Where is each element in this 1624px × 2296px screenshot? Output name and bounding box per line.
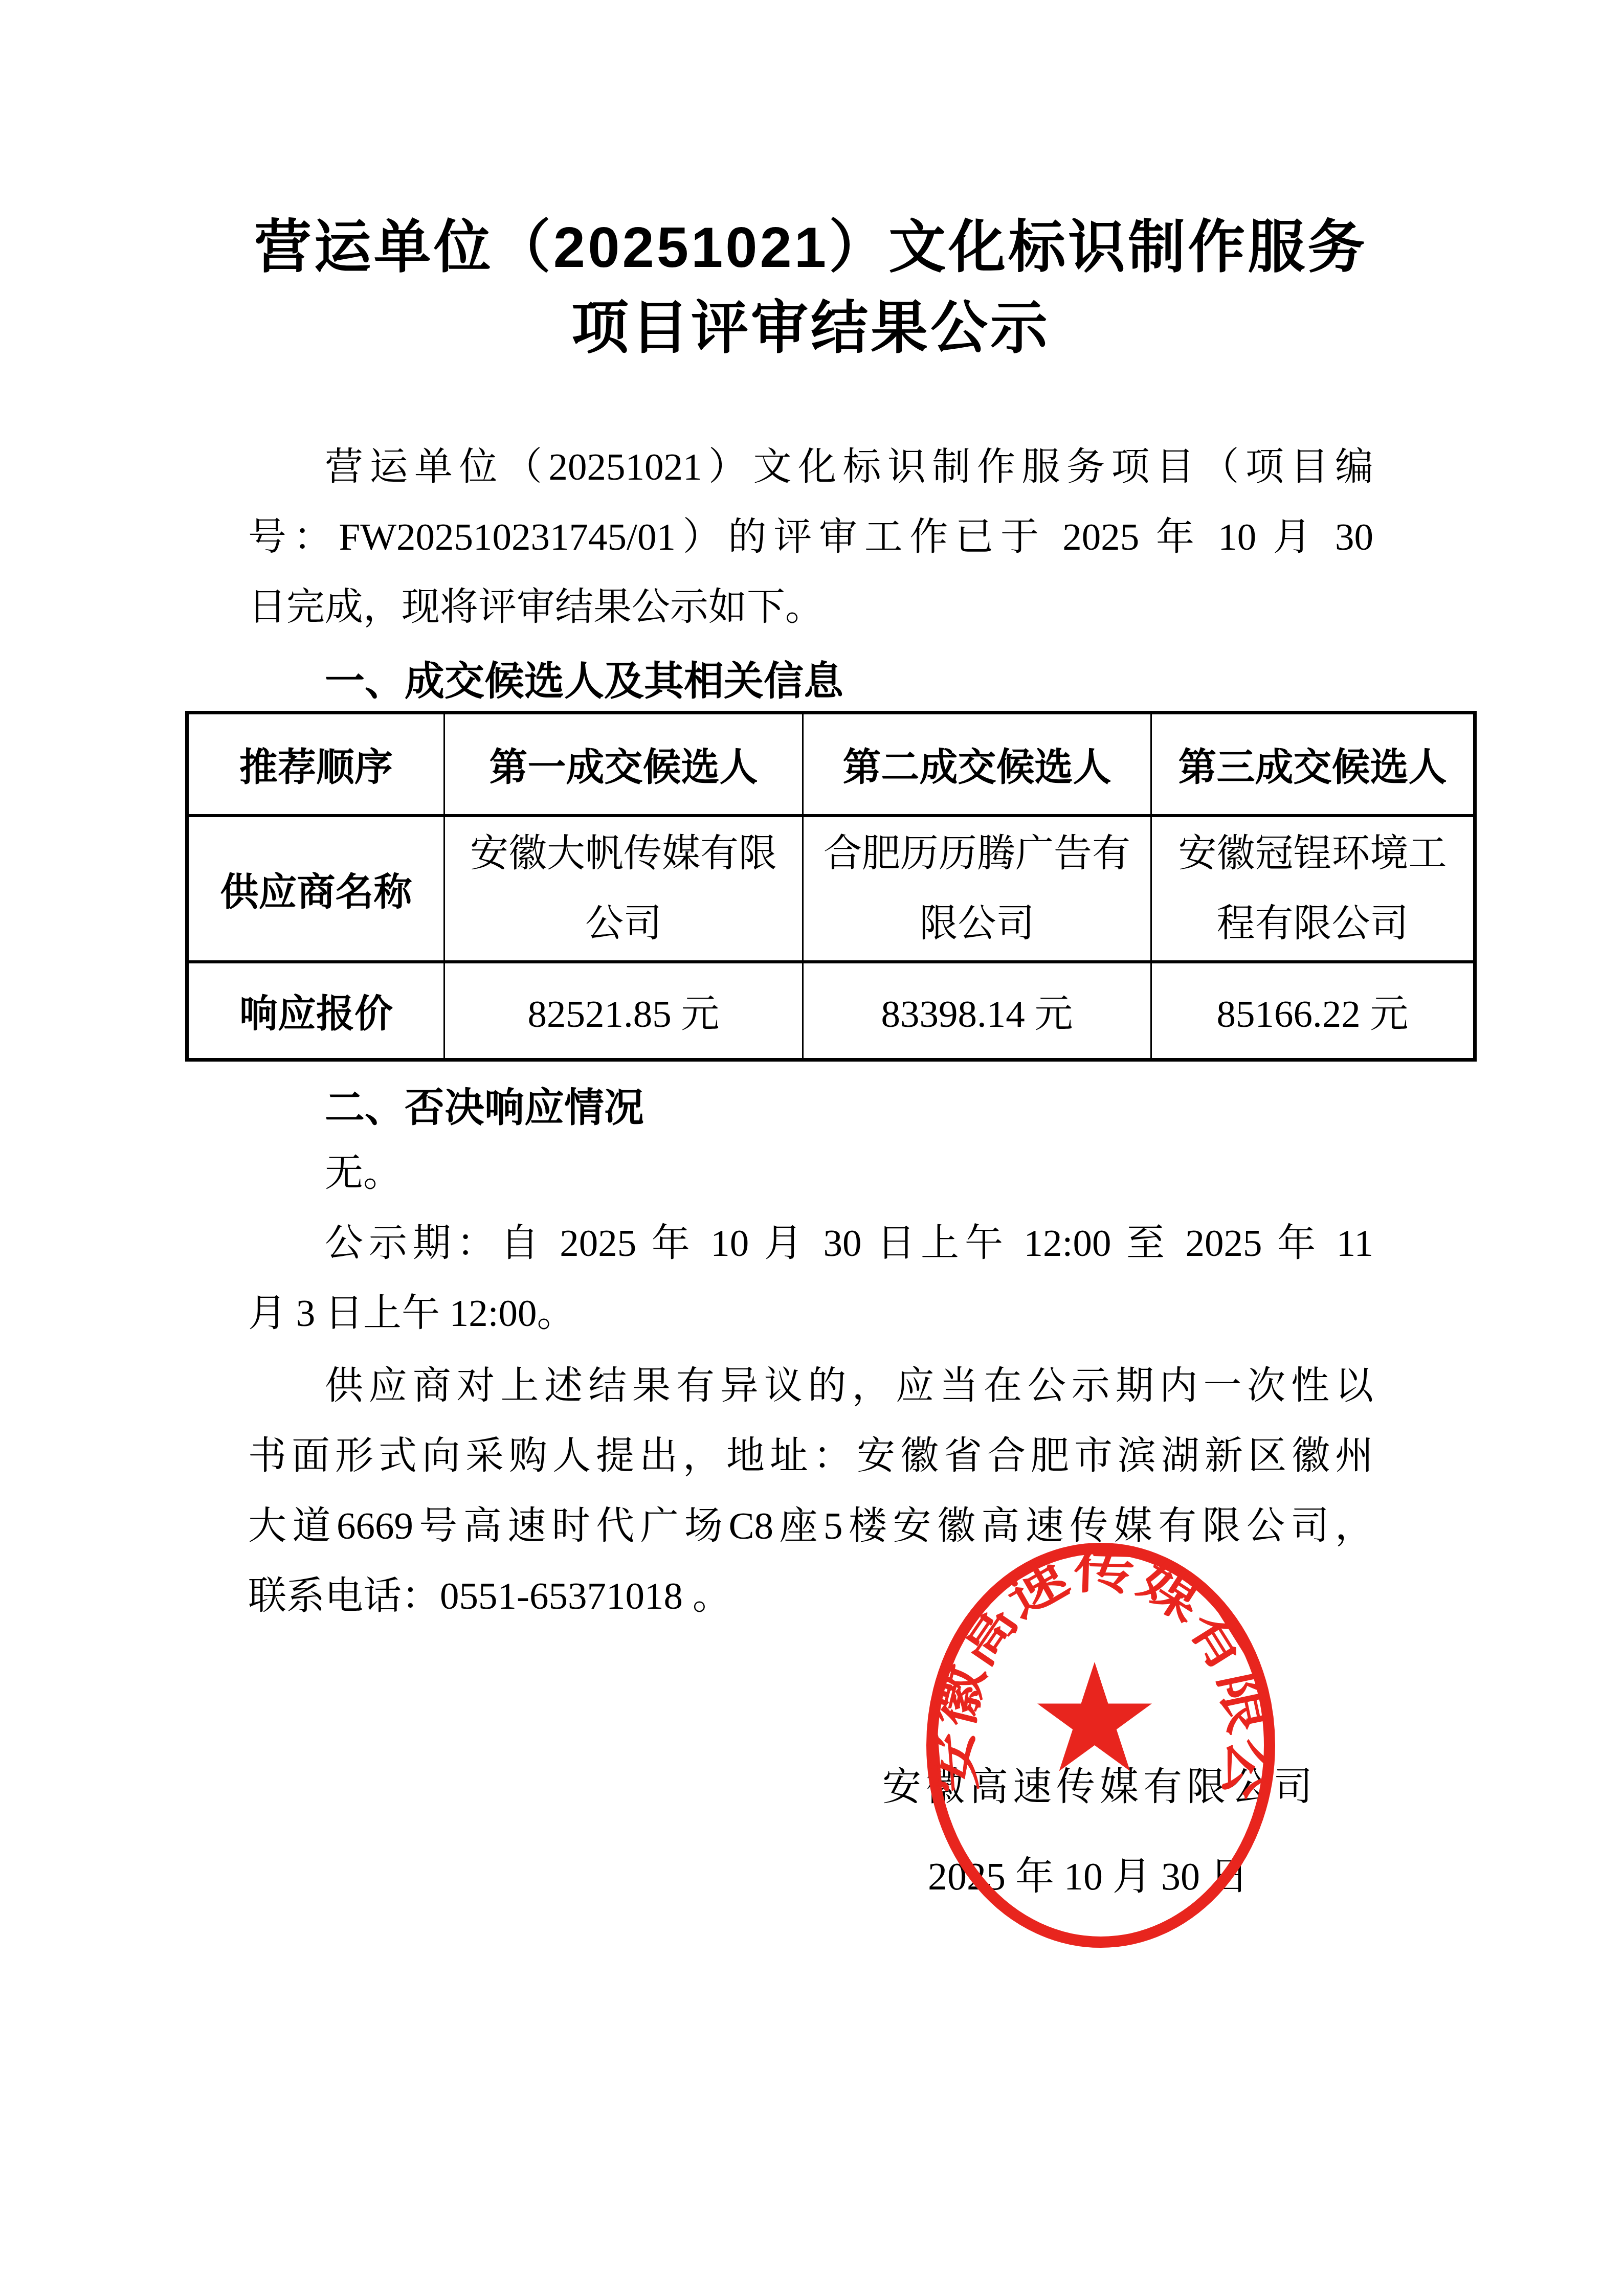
supplier-name-line: 限公司 [804,889,1150,959]
col-header-candidate-1: 第一成交候选人 [444,713,803,816]
table-header-row: 推荐顺序 第一成交候选人 第二成交候选人 第三成交候选人 [187,713,1475,816]
col-header-candidate-3: 第三成交候选人 [1151,713,1475,816]
section2-heading: 二、否决响应情况 [248,1082,1373,1133]
document-page: 营运单位（20251021）文化标识制作服务 项目评审结果公示 营运单位（202… [0,0,1624,2296]
paragraph-line: 月 3 日上午 12:00。 [248,1278,1373,1348]
col-header-rank: 推荐顺序 [187,713,444,816]
objection-paragraph: 供应商对上述结果有异议的，应当在公示期内一次性以 书面形式向采购人提出，地址：安… [248,1351,1373,1631]
price-cell-1: 82521.85 元 [444,962,803,1060]
signature-date: 2025 年 10 月 30 日 [248,1842,1373,1912]
paragraph-line: 书面形式向采购人提出，地址：安徽省合肥市滨湖新区徽州 [248,1421,1373,1491]
price-cell-2: 83398.14 元 [803,962,1151,1060]
supplier-name-line: 安徽大帆传媒有限 [445,819,802,889]
col-header-candidate-2: 第二成交候选人 [803,713,1151,816]
price-cell-3: 85166.22 元 [1151,962,1475,1060]
price-row: 响应报价 82521.85 元 83398.14 元 85166.22 元 [187,962,1475,1060]
supplier-name-line: 合肥历历腾广告有 [804,819,1150,889]
reject-none-text: 无。 [248,1138,1373,1208]
paragraph-line: 供应商对上述结果有异议的，应当在公示期内一次性以 [248,1351,1373,1421]
row-label-price: 响应报价 [187,962,444,1060]
supplier-cell-3: 安徽冠锃环境工 程有限公司 [1151,816,1475,962]
paragraph-line: 大道6669号高速时代广场C8座5楼安徽高速传媒有限公司， [248,1491,1373,1561]
supplier-name-line: 程有限公司 [1152,889,1473,959]
row-label-supplier: 供应商名称 [187,816,444,962]
title-line-1: 营运单位（20251021）文化标识制作服务 [248,207,1373,288]
supplier-name-line: 公司 [445,889,802,959]
supplier-cell-2: 合肥历历腾广告有 限公司 [803,816,1151,962]
supplier-name-line: 安徽冠锃环境工 [1152,819,1473,889]
signature-company: 安徽高速传媒有限公司 [248,1752,1373,1822]
publicity-period-paragraph: 公示期：自 2025 年 10 月 30 日上午 12:00 至 2025 年 … [248,1208,1373,1348]
supplier-name-row: 供应商名称 安徽大帆传媒有限 公司 合肥历历腾广告有 限公司 安徽冠锃环境工 程… [187,816,1475,962]
supplier-cell-1: 安徽大帆传媒有限 公司 [444,816,803,962]
title-line-2: 项目评审结果公示 [248,288,1373,369]
paragraph-line: 营运单位（20251021）文化标识制作服务项目（项目编 [248,432,1373,502]
candidates-table: 推荐顺序 第一成交候选人 第二成交候选人 第三成交候选人 供应商名称 安徽大帆传… [185,711,1477,1062]
intro-paragraph: 营运单位（20251021）文化标识制作服务项目（项目编 号：FW2025102… [248,432,1373,642]
paragraph-line: 联系电话：0551-65371018 。 [248,1561,1373,1631]
paragraph-line: 号：FW202510231745/01）的评审工作已于 2025 年 10 月 … [248,502,1373,572]
paragraph-line: 公示期：自 2025 年 10 月 30 日上午 12:00 至 2025 年 … [248,1208,1373,1278]
paragraph-line: 日完成，现将评审结果公示如下。 [248,572,1373,642]
page-title: 营运单位（20251021）文化标识制作服务 项目评审结果公示 [248,207,1373,369]
section1-heading: 一、成交候选人及其相关信息 [248,656,1373,707]
